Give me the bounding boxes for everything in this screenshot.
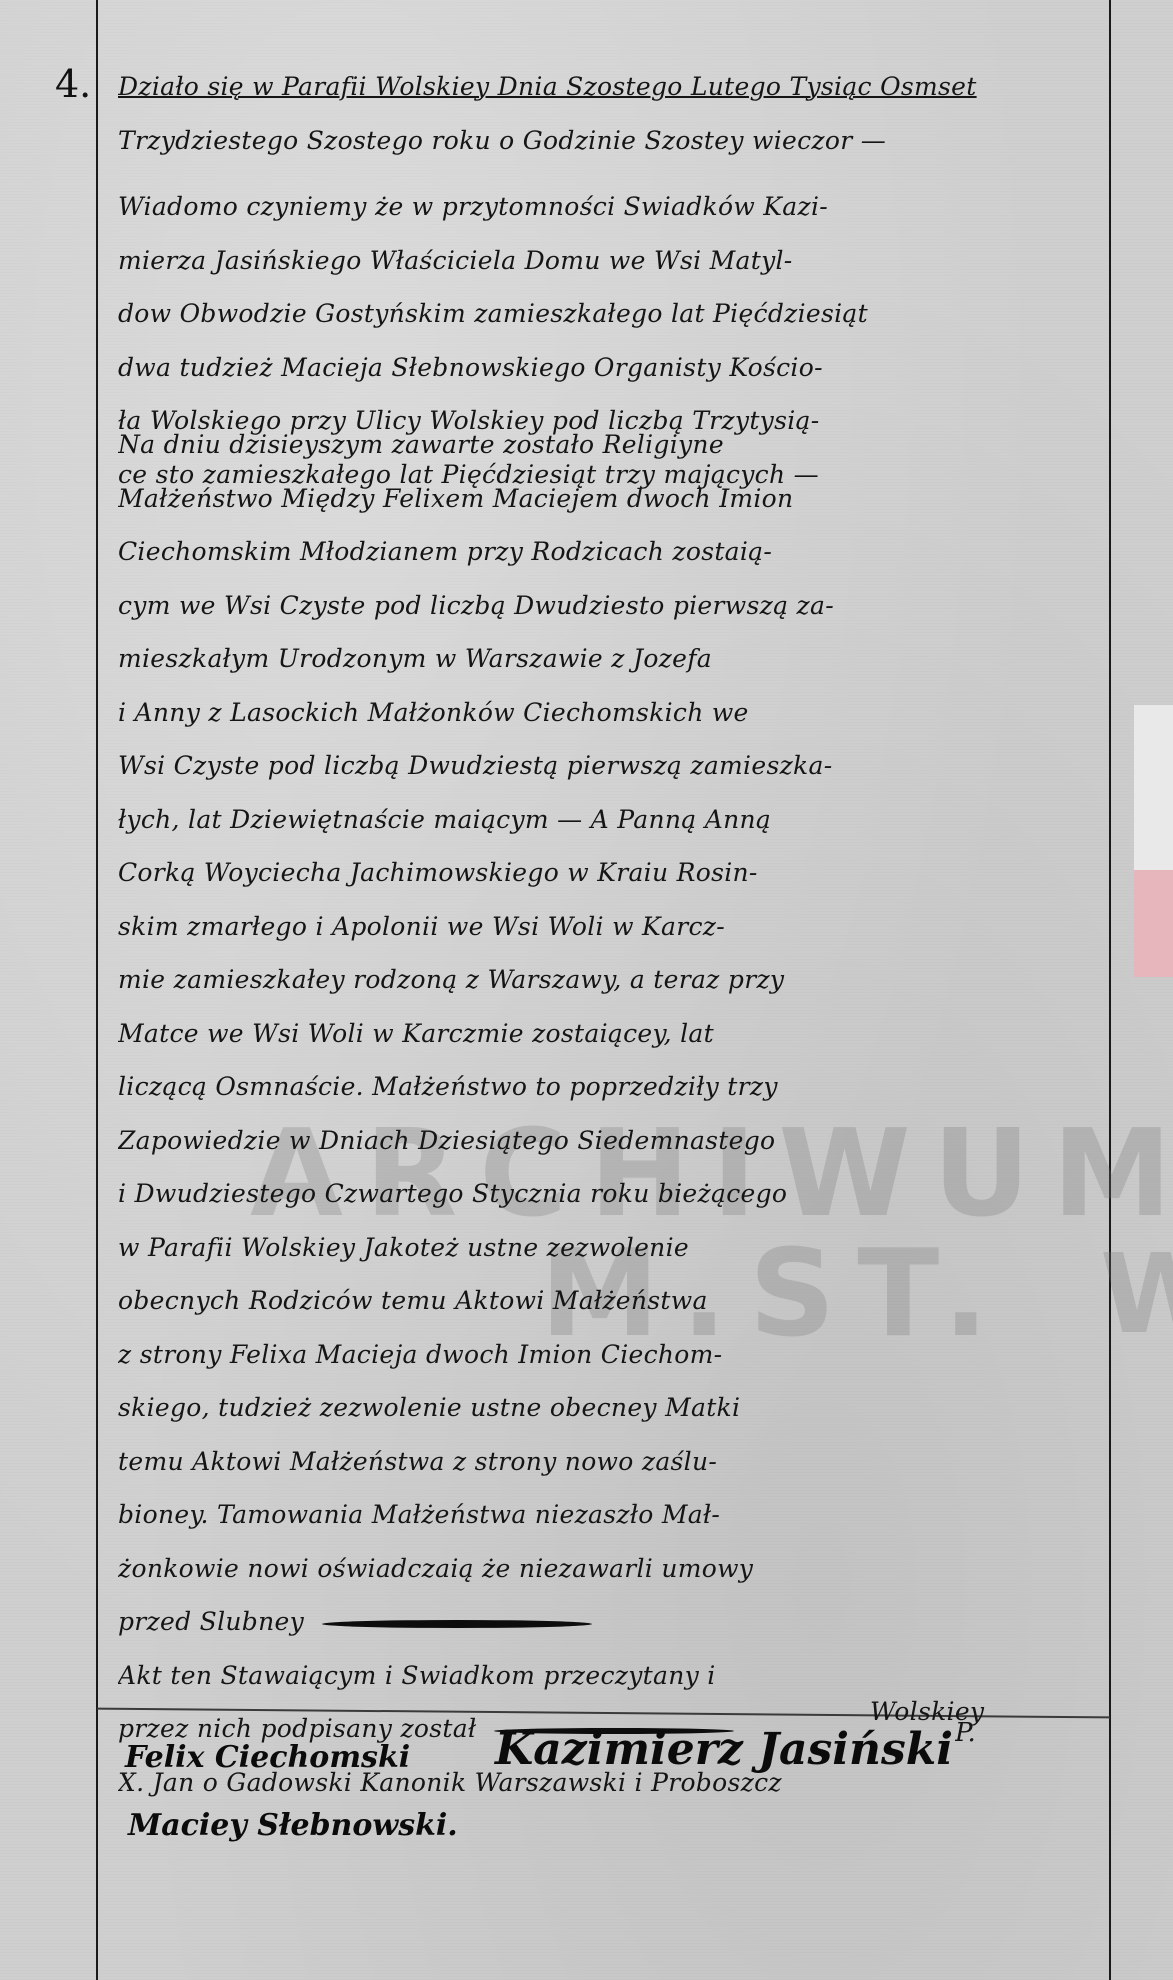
- text-line: Wiadomo czyniemy że w przytomności Swiad…: [118, 180, 1103, 234]
- header-line: Działo się w Parafii Wolskiey Dnia Szost…: [118, 60, 1103, 114]
- signature-witness-2: Maciey Słebnowski.: [128, 1808, 458, 1843]
- text-line: skim zmarłego i Apolonii we Wsi Woli w K…: [118, 900, 1103, 954]
- text-line: i Dwudziestego Czwartego Stycznia roku b…: [118, 1167, 1103, 1221]
- text-line: Wsi Czyste pod liczbą Dwudziestą pierwsz…: [118, 739, 1103, 793]
- text-line: temu Aktowi Małżeństwa z strony nowo zaś…: [118, 1435, 1103, 1489]
- text-line: Zapowiedzie w Dniach Dziesiątego Siedemn…: [118, 1114, 1103, 1168]
- text-line-content: przed Slubney: [118, 1607, 304, 1636]
- signature-groom: Felix Ciechomski: [125, 1740, 410, 1775]
- text-line: bioney. Tamowania Małżeństwa niezaszło M…: [118, 1488, 1103, 1542]
- text-line: dow Obwodzie Gostyńskim zamieszkałego la…: [118, 287, 1103, 341]
- marriage-paragraph: Na dniu dzisieyszym zawarte zostało Reli…: [118, 418, 1103, 1809]
- text-line: cym we Wsi Czyste pod liczbą Dwudziesto …: [118, 579, 1103, 633]
- text-line: liczącą Osmnaście. Małżeństwo to poprzed…: [118, 1060, 1103, 1114]
- text-line: mie zamieszkałey rodzoną z Warszawy, a t…: [118, 953, 1103, 1007]
- text-line: Małżeństwo Między Felixem Maciejem dwoch…: [118, 472, 1103, 526]
- text-line: mierza Jasińskiego Właściciela Domu we W…: [118, 234, 1103, 288]
- right-margin-rule: [1109, 0, 1111, 1980]
- calibration-patch-white: [1134, 705, 1173, 870]
- signatures-area: Felix Ciechomski Kazimierz Jasiński Maci…: [0, 1720, 1173, 1980]
- text-line: i Anny z Lasockich Małżonków Ciechomskic…: [118, 686, 1103, 740]
- text-line: Matce we Wsi Woli w Karczmie zostaiącey,…: [118, 1007, 1103, 1061]
- left-margin-rule: [96, 0, 98, 1980]
- header-line: Trzydziestego Szostego roku o Godzinie S…: [118, 114, 1103, 168]
- text-line: Ciechomskim Młodzianem przy Rodzicach zo…: [118, 525, 1103, 579]
- text-line: w Parafii Wolskiey Jakoteż ustne zezwole…: [118, 1221, 1103, 1275]
- text-line: Corką Woyciecha Jachimowskiego w Kraiu R…: [118, 846, 1103, 900]
- record-header: Działo się w Parafii Wolskiey Dnia Szost…: [118, 60, 1103, 167]
- scanned-page: ARCHIWUM M.ST. W 4. Działo się w Parafii…: [0, 0, 1173, 1980]
- text-line: żonkowie nowi oświadczaią że niezawarli …: [118, 1542, 1103, 1596]
- entry-number: 4.: [55, 62, 91, 106]
- text-line: Na dniu dzisieyszym zawarte zostało Reli…: [118, 418, 1103, 472]
- text-line: z strony Felixa Macieja dwoch Imion Ciec…: [118, 1328, 1103, 1382]
- text-line: łych, lat Dziewiętnaście maiącym — A Pan…: [118, 793, 1103, 847]
- text-line: przed Slubney: [118, 1595, 1103, 1649]
- text-line: obecnych Rodziców temu Aktowi Małżeństwa: [118, 1274, 1103, 1328]
- text-line: dwa tudzież Macieja Słebnowskiego Organi…: [118, 341, 1103, 395]
- calibration-patch-pink: [1134, 870, 1173, 977]
- signature-witness-1: Kazimierz Jasiński: [495, 1724, 953, 1775]
- text-line: mieszkałym Urodzonym w Warszawie z Jozef…: [118, 632, 1103, 686]
- ink-flourish: [322, 1620, 592, 1628]
- text-line: skiego, tudzież zezwolenie ustne obecney…: [118, 1381, 1103, 1435]
